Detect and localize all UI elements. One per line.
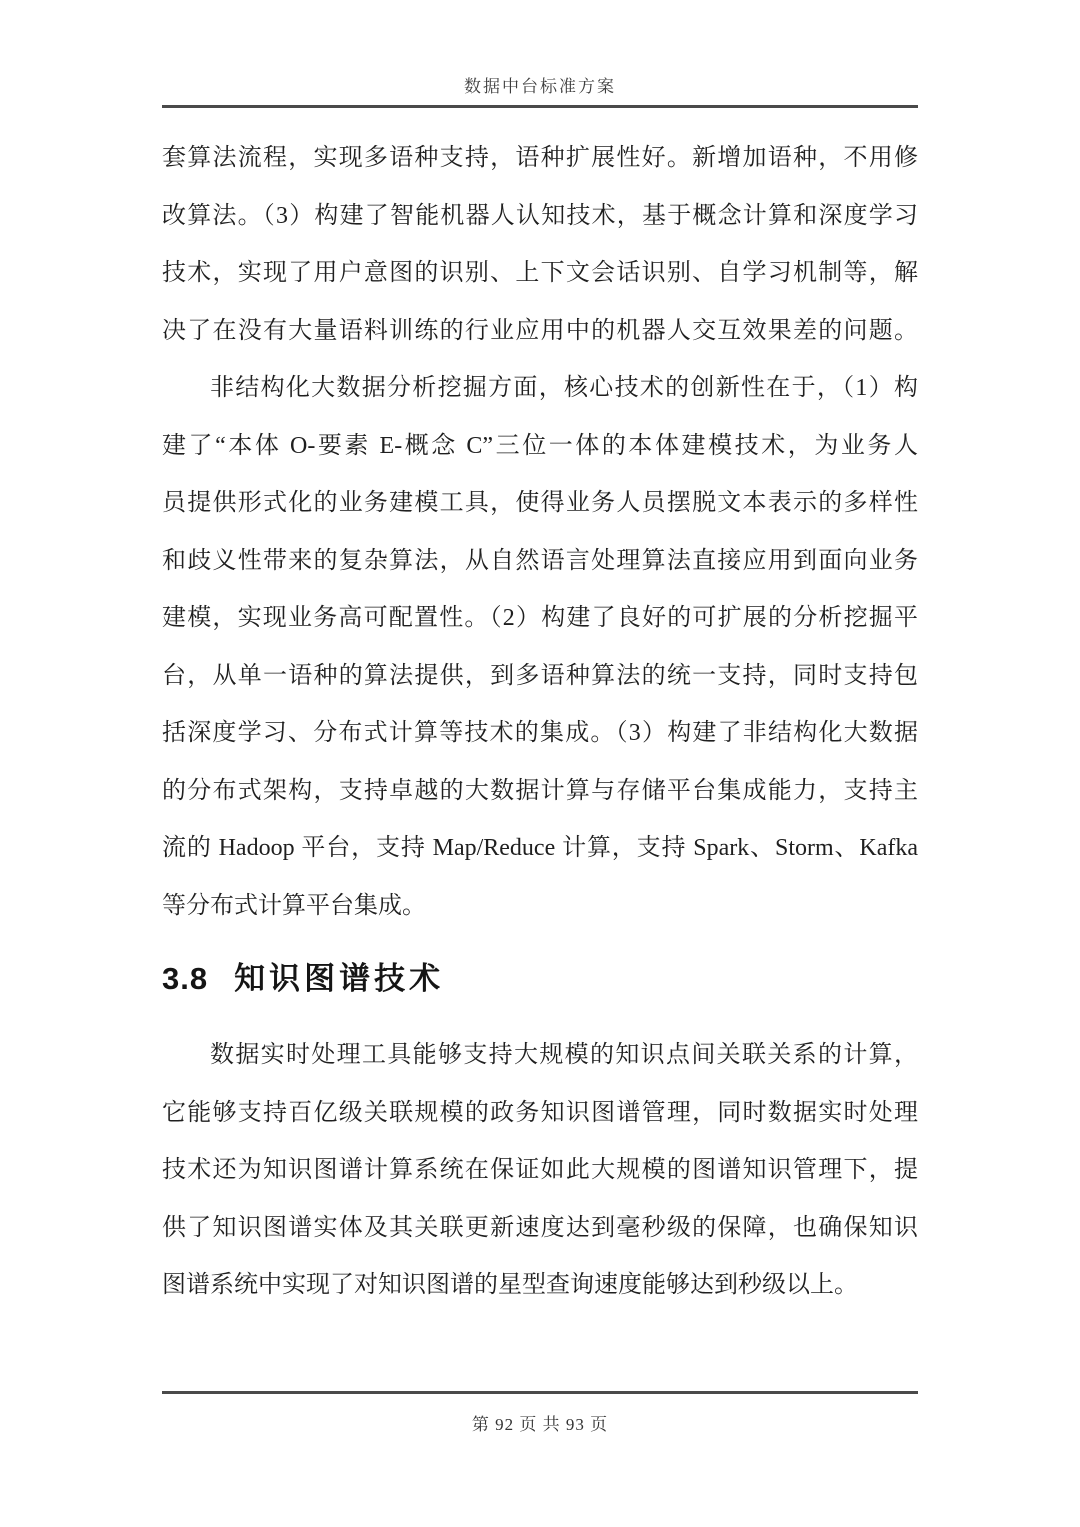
page-header-title: 数据中台标准方案: [162, 0, 918, 97]
text-line: 技术，实现了用户意图的识别、上下文会话识别、自学习机制等，解: [162, 245, 918, 303]
section-title: 知识图谱技术: [234, 961, 444, 996]
text-line: 建模，实现业务高可配置性。（2）构建了良好的可扩展的分析挖掘平: [162, 590, 918, 648]
text-line: 数据实时处理工具能够支持大规模的知识点间关联关系的计算，: [162, 1027, 918, 1085]
text-line: 员提供形式化的业务建模工具，使得业务人员摆脱文本表示的多样性: [162, 475, 918, 533]
page-number: 第 92 页 共 93 页: [162, 1410, 918, 1435]
text-line: 和歧义性带来的复杂算法，从自然语言处理算法直接应用到面向业务: [162, 533, 918, 591]
text-line: 套算法流程，实现多语种支持，语种扩展性好。新增加语种，不用修: [162, 130, 918, 188]
footer-divider: [162, 1391, 918, 1394]
text-line: 供了知识图谱实体及其关联更新速度达到毫秒级的保障，也确保知识: [162, 1200, 918, 1258]
text-line: 等分布式计算平台集成。: [162, 878, 918, 936]
page-content: 数据中台标准方案 套算法流程，实现多语种支持，语种扩展性好。新增加语种，不用修改…: [162, 0, 918, 1315]
text-line: 的分布式架构，支持卓越的大数据计算与存储平台集成能力，支持主: [162, 763, 918, 821]
text-line: 技术还为知识图谱计算系统在保证如此大规模的图谱知识管理下，提: [162, 1142, 918, 1200]
text-line: 括深度学习、分布式计算等技术的集成。（3）构建了非结构化大数据: [162, 705, 918, 763]
text-line: 它能够支持百亿级关联规模的政务知识图谱管理，同时数据实时处理: [162, 1085, 918, 1143]
body-paragraph: 套算法流程，实现多语种支持，语种扩展性好。新增加语种，不用修改算法。（3）构建了…: [162, 130, 918, 360]
text-line: 决了在没有大量语料训练的行业应用中的机器人交互效果差的问题。: [162, 303, 918, 361]
text-line: 非结构化大数据分析挖掘方面，核心技术的创新性在于，（1）构: [162, 360, 918, 418]
section-number: 3.8: [162, 961, 208, 996]
text-line: 流的 Hadoop 平台，支持 Map/Reduce 计算，支持 Spark、S…: [162, 820, 918, 878]
section-heading: 3.8知识图谱技术: [162, 960, 918, 997]
body-paragraph: 数据实时处理工具能够支持大规模的知识点间关联关系的计算，它能够支持百亿级关联规模…: [162, 1027, 918, 1315]
header-divider: [162, 105, 918, 108]
text-line: 图谱系统中实现了对知识图谱的星型查询速度能够达到秒级以上。: [162, 1257, 918, 1315]
text-line: 改算法。（3）构建了智能机器人认知技术，基于概念计算和深度学习: [162, 188, 918, 246]
body-paragraph: 非结构化大数据分析挖掘方面，核心技术的创新性在于，（1）构建了“本体 O-要素 …: [162, 360, 918, 935]
body-text: 套算法流程，实现多语种支持，语种扩展性好。新增加语种，不用修改算法。（3）构建了…: [162, 130, 918, 1315]
page-footer: 第 92 页 共 93 页: [162, 1391, 918, 1435]
text-line: 建了“本体 O-要素 E-概念 C”三位一体的本体建模技术，为业务人: [162, 418, 918, 476]
text-line: 台，从单一语种的算法提供，到多语种算法的统一支持，同时支持包: [162, 648, 918, 706]
document-page: 数据中台标准方案 套算法流程，实现多语种支持，语种扩展性好。新增加语种，不用修改…: [0, 0, 1080, 1527]
